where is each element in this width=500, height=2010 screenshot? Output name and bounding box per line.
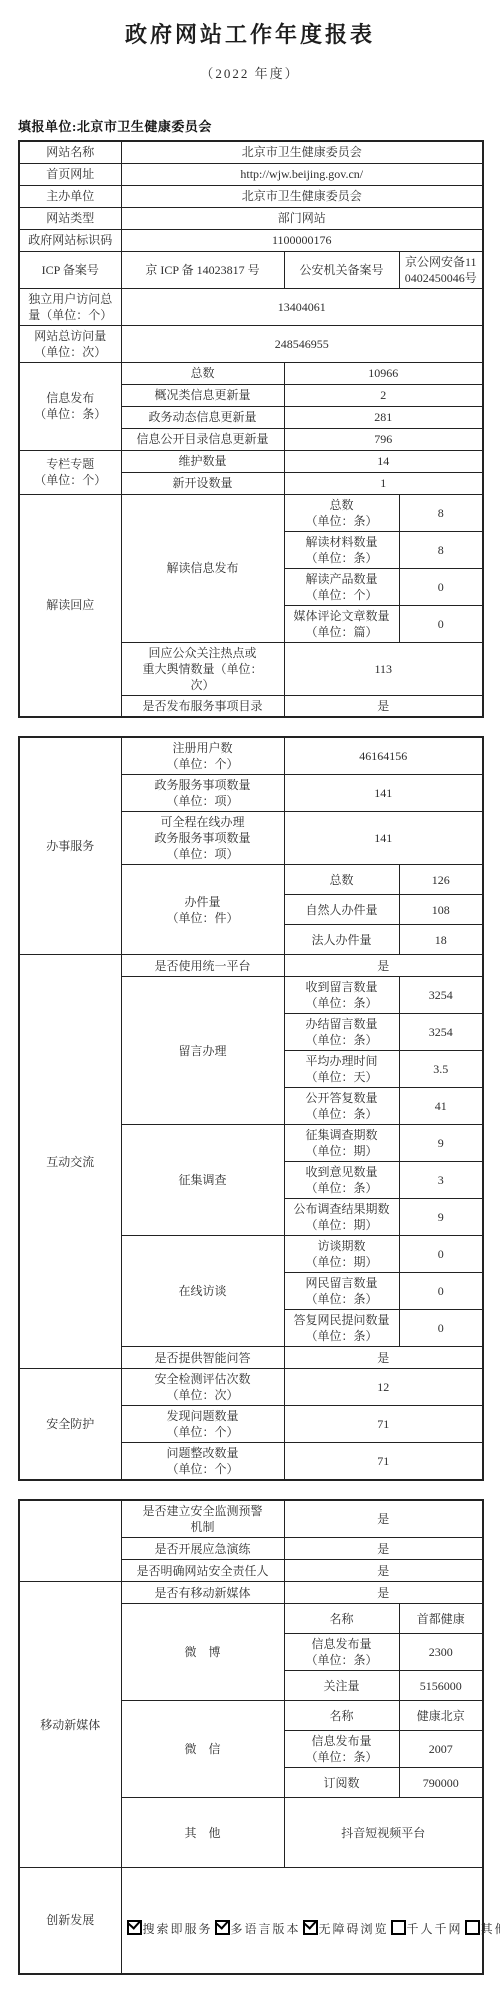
home-url-label: 首页网址 bbox=[19, 163, 121, 185]
checkbox-multilingual-label: 多语言版本 bbox=[231, 1922, 301, 1936]
checkbox-personalized-icon bbox=[391, 1920, 406, 1935]
wechat-item-label: 订阅数 bbox=[284, 1768, 399, 1798]
table-row: 网站名称 北京市卫生健康委员会 bbox=[19, 141, 483, 163]
message-item-value: 3254 bbox=[399, 977, 483, 1014]
survey-item-value: 3 bbox=[399, 1162, 483, 1199]
table-row: 独立用户访问总量（单位：个） 13404061 bbox=[19, 288, 483, 325]
site-code-value: 1100000176 bbox=[121, 229, 483, 251]
volume-item-label: 法人办件量 bbox=[284, 925, 399, 955]
service-matters-label: 政务服务事项数量 （单位：项） bbox=[121, 775, 284, 812]
table-row: 办事服务 注册用户数 （单位：个） 46164156 bbox=[19, 737, 483, 775]
innovation-options: 搜索即服务多语言版本无障碍浏览千人千网其他 bbox=[121, 1868, 483, 1974]
volume-item-value: 18 bbox=[399, 925, 483, 955]
table-row: 是否建立安全监测预警 机制 是 bbox=[19, 1500, 483, 1538]
report-year: （2022 年度） bbox=[0, 63, 500, 82]
columns-section-label: 专栏专题 （单位：个） bbox=[19, 450, 121, 494]
interpret-item-label: 媒体评论文章数量 （单位：篇） bbox=[284, 605, 399, 642]
volume-item-value: 108 bbox=[399, 895, 483, 925]
site-type-value: 部门网站 bbox=[121, 207, 483, 229]
security-mgmt-value: 是 bbox=[284, 1560, 483, 1582]
sponsor-value: 北京市卫生健康委员会 bbox=[121, 185, 483, 207]
table-row: 网站总访问量 （单位：次） 248546955 bbox=[19, 325, 483, 362]
police-record-label: 公安机关备案号 bbox=[284, 251, 399, 288]
survey-item-label: 公布调查结果期数 （单位：期） bbox=[284, 1199, 399, 1236]
message-item-label: 平均办理时间 （单位：天） bbox=[284, 1051, 399, 1088]
weibo-item-value: 2300 bbox=[399, 1634, 483, 1671]
survey-item-label: 收到意见数量 （单位：条） bbox=[284, 1162, 399, 1199]
table-row: ICP 备案号 京 ICP 备 14023817 号 公安机关备案号 京公网安备… bbox=[19, 251, 483, 288]
table-row: 首页网址 http://wjw.beijing.gov.cn/ bbox=[19, 163, 483, 185]
volume-item-value: 126 bbox=[399, 865, 483, 895]
checkbox-other-label: 其他 bbox=[481, 1922, 500, 1936]
table-row: 主办单位 北京市卫生健康委员会 bbox=[19, 185, 483, 207]
interview-item-value: 0 bbox=[399, 1310, 483, 1347]
weibo-item-label: 名称 bbox=[284, 1604, 399, 1634]
checkbox-accessibility-icon bbox=[303, 1920, 318, 1935]
interaction-section-label: 互动交流 bbox=[19, 955, 121, 1369]
online-matters-value: 141 bbox=[284, 812, 483, 865]
smart-qa-label: 是否提供智能问答 bbox=[121, 1347, 284, 1369]
security-mgmt-label: 是否开展应急演练 bbox=[121, 1538, 284, 1560]
info-pub-item-value: 796 bbox=[284, 428, 483, 450]
total-visits-label: 网站总访问量 （单位：次） bbox=[19, 325, 121, 362]
hotspot-value: 113 bbox=[284, 642, 483, 695]
home-url-value: http://wjw.beijing.gov.cn/ bbox=[121, 163, 483, 185]
message-item-value: 3.5 bbox=[399, 1051, 483, 1088]
checkbox-accessibility-label: 无障碍浏览 bbox=[319, 1922, 389, 1936]
table-row: 信息发布 （单位：条） 总数 10966 bbox=[19, 362, 483, 384]
service-catalog-value: 是 bbox=[284, 695, 483, 717]
interpret-item-label: 解读材料数量 （单位：条） bbox=[284, 531, 399, 568]
unique-visitors-value: 13404061 bbox=[121, 288, 483, 325]
registered-users-value: 46164156 bbox=[284, 737, 483, 775]
registered-users-label: 注册用户数 （单位：个） bbox=[121, 737, 284, 775]
page-title: 政府网站工作年度报表 bbox=[0, 18, 500, 49]
icp-label: ICP 备案号 bbox=[19, 251, 121, 288]
message-item-label: 办结留言数量 （单位：条） bbox=[284, 1014, 399, 1051]
weibo-item-value: 首都健康 bbox=[399, 1604, 483, 1634]
interview-item-label: 访谈期数 （单位：期） bbox=[284, 1236, 399, 1273]
empty-cell bbox=[19, 1500, 121, 1582]
interpret-section-label: 解读回应 bbox=[19, 494, 121, 717]
table-row: 解读回应 解读信息发布 总数 （单位：条） 8 bbox=[19, 494, 483, 531]
unified-platform-label: 是否使用统一平台 bbox=[121, 955, 284, 977]
table-row: 专栏专题 （单位：个） 维护数量 14 bbox=[19, 450, 483, 472]
site-code-label: 政府网站标识码 bbox=[19, 229, 121, 251]
weibo-item-label: 信息发布量 （单位：条） bbox=[284, 1634, 399, 1671]
site-type-label: 网站类型 bbox=[19, 207, 121, 229]
interpret-item-value: 8 bbox=[399, 531, 483, 568]
table-row: 创新发展 搜索即服务多语言版本无障碍浏览千人千网其他 bbox=[19, 1868, 483, 1974]
service-matters-value: 141 bbox=[284, 775, 483, 812]
security-mgmt-value: 是 bbox=[284, 1500, 483, 1538]
columns-item-label: 新开设数量 bbox=[121, 472, 284, 494]
icp-value: 京 ICP 备 14023817 号 bbox=[121, 251, 284, 288]
has-newmedia-value: 是 bbox=[284, 1582, 483, 1604]
table-row: 安全防护 安全检测评估次数 （单位：次） 12 bbox=[19, 1369, 483, 1406]
interview-label: 在线访谈 bbox=[121, 1236, 284, 1347]
columns-item-value: 1 bbox=[284, 472, 483, 494]
wechat-label: 微 信 bbox=[121, 1701, 284, 1798]
checkbox-search-as-service-icon bbox=[127, 1920, 142, 1935]
info-pub-item-label: 信息公开目录信息更新量 bbox=[121, 428, 284, 450]
interpret-item-value: 0 bbox=[399, 568, 483, 605]
wechat-item-value: 2007 bbox=[399, 1731, 483, 1768]
table-row: 互动交流 是否使用统一平台 是 bbox=[19, 955, 483, 977]
survey-item-value: 9 bbox=[399, 1125, 483, 1162]
info-pub-item-value: 2 bbox=[284, 384, 483, 406]
security-mgmt-label: 是否明确网站安全责任人 bbox=[121, 1560, 284, 1582]
survey-label: 征集调查 bbox=[121, 1125, 284, 1236]
columns-item-label: 维护数量 bbox=[121, 450, 284, 472]
interpret-item-label: 解读产品数量 （单位：个） bbox=[284, 568, 399, 605]
security-item-value: 71 bbox=[284, 1406, 483, 1443]
wechat-item-label: 名称 bbox=[284, 1701, 399, 1731]
wechat-item-value: 健康北京 bbox=[399, 1701, 483, 1731]
volume-item-label: 总数 bbox=[284, 865, 399, 895]
interpret-item-value: 8 bbox=[399, 494, 483, 531]
wechat-item-label: 信息发布量 （单位：条） bbox=[284, 1731, 399, 1768]
message-item-value: 3254 bbox=[399, 1014, 483, 1051]
security-item-label: 发现问题数量 （单位：个） bbox=[121, 1406, 284, 1443]
checkbox-search-as-service-label: 搜索即服务 bbox=[143, 1922, 213, 1936]
services-table: 办事服务 注册用户数 （单位：个） 46164156 政务服务事项数量 （单位：… bbox=[18, 736, 484, 1481]
service-catalog-label: 是否发布服务事项目录 bbox=[121, 695, 284, 717]
message-item-value: 41 bbox=[399, 1088, 483, 1125]
innovation-section-label: 创新发展 bbox=[19, 1868, 121, 1974]
security-item-value: 12 bbox=[284, 1369, 483, 1406]
interpret-pub-label: 解读信息发布 bbox=[121, 494, 284, 642]
info-pub-item-value: 10966 bbox=[284, 362, 483, 384]
table-row: 网站类型 部门网站 bbox=[19, 207, 483, 229]
checkbox-multilingual-icon bbox=[215, 1920, 230, 1935]
interview-item-value: 0 bbox=[399, 1273, 483, 1310]
info-pub-item-label: 概况类信息更新量 bbox=[121, 384, 284, 406]
wechat-item-value: 790000 bbox=[399, 1768, 483, 1798]
info-pub-section-label: 信息发布 （单位：条） bbox=[19, 362, 121, 450]
security-section-label: 安全防护 bbox=[19, 1369, 121, 1481]
unified-platform-value: 是 bbox=[284, 955, 483, 977]
interview-item-label: 答复网民提问数量 （单位：条） bbox=[284, 1310, 399, 1347]
checkbox-other-icon bbox=[465, 1920, 480, 1935]
other-media-value: 抖音短视频平台 bbox=[284, 1798, 483, 1868]
interview-item-value: 0 bbox=[399, 1236, 483, 1273]
interview-item-label: 网民留言数量 （单位：条） bbox=[284, 1273, 399, 1310]
services-section-label: 办事服务 bbox=[19, 737, 121, 955]
interpret-item-value: 0 bbox=[399, 605, 483, 642]
weibo-item-label: 关注量 bbox=[284, 1671, 399, 1701]
volume-label: 办件量 （单位：件） bbox=[121, 865, 284, 955]
security-mgmt-label: 是否建立安全监测预警 机制 bbox=[121, 1500, 284, 1538]
unique-visitors-label: 独立用户访问总量（单位：个） bbox=[19, 288, 121, 325]
police-record-value: 京公网安备110402450046号 bbox=[399, 251, 483, 288]
info-pub-item-label: 总数 bbox=[121, 362, 284, 384]
message-handling-label: 留言办理 bbox=[121, 977, 284, 1125]
hotspot-label: 回应公众关注热点或 重大舆情数量（单位： 次） bbox=[121, 642, 284, 695]
table-row: 政府网站标识码 1100000176 bbox=[19, 229, 483, 251]
columns-item-value: 14 bbox=[284, 450, 483, 472]
weibo-item-value: 5156000 bbox=[399, 1671, 483, 1701]
newmedia-section-label: 移动新媒体 bbox=[19, 1582, 121, 1868]
info-pub-item-label: 政务动态信息更新量 bbox=[121, 406, 284, 428]
site-name-value: 北京市卫生健康委员会 bbox=[121, 141, 483, 163]
survey-item-label: 征集调查期数 （单位：期） bbox=[284, 1125, 399, 1162]
security-mgmt-value: 是 bbox=[284, 1538, 483, 1560]
site-name-label: 网站名称 bbox=[19, 141, 121, 163]
info-pub-item-value: 281 bbox=[284, 406, 483, 428]
report-page: 政府网站工作年度报表 （2022 年度） 填报单位:北京市卫生健康委员会 网站名… bbox=[0, 0, 500, 2010]
total-visits-value: 248546955 bbox=[121, 325, 483, 362]
smart-qa-value: 是 bbox=[284, 1347, 483, 1369]
checkbox-personalized-label: 千人千网 bbox=[407, 1922, 463, 1936]
online-matters-label: 可全程在线办理 政务服务事项数量 （单位：项） bbox=[121, 812, 284, 865]
security-item-value: 71 bbox=[284, 1443, 483, 1481]
newmedia-table: 是否建立安全监测预警 机制 是 是否开展应急演练 是 是否明确网站安全责任人 是… bbox=[18, 1499, 484, 1975]
weibo-label: 微 博 bbox=[121, 1604, 284, 1701]
sponsor-label: 主办单位 bbox=[19, 185, 121, 207]
basic-info-table: 网站名称 北京市卫生健康委员会 首页网址 http://wjw.beijing.… bbox=[18, 140, 484, 718]
message-item-label: 收到留言数量 （单位：条） bbox=[284, 977, 399, 1014]
security-item-label: 问题整改数量 （单位：个） bbox=[121, 1443, 284, 1481]
other-media-label: 其 他 bbox=[121, 1798, 284, 1868]
message-item-label: 公开答复数量 （单位：条） bbox=[284, 1088, 399, 1125]
table-row: 移动新媒体 是否有移动新媒体 是 bbox=[19, 1582, 483, 1604]
innovation-checkbox-group: 搜索即服务多语言版本无障碍浏览千人千网其他 bbox=[125, 1922, 500, 1936]
interpret-item-label: 总数 （单位：条） bbox=[284, 494, 399, 531]
volume-item-label: 自然人办件量 bbox=[284, 895, 399, 925]
filler-unit: 填报单位:北京市卫生健康委员会 bbox=[18, 116, 500, 135]
survey-item-value: 9 bbox=[399, 1199, 483, 1236]
has-newmedia-label: 是否有移动新媒体 bbox=[121, 1582, 284, 1604]
security-item-label: 安全检测评估次数 （单位：次） bbox=[121, 1369, 284, 1406]
